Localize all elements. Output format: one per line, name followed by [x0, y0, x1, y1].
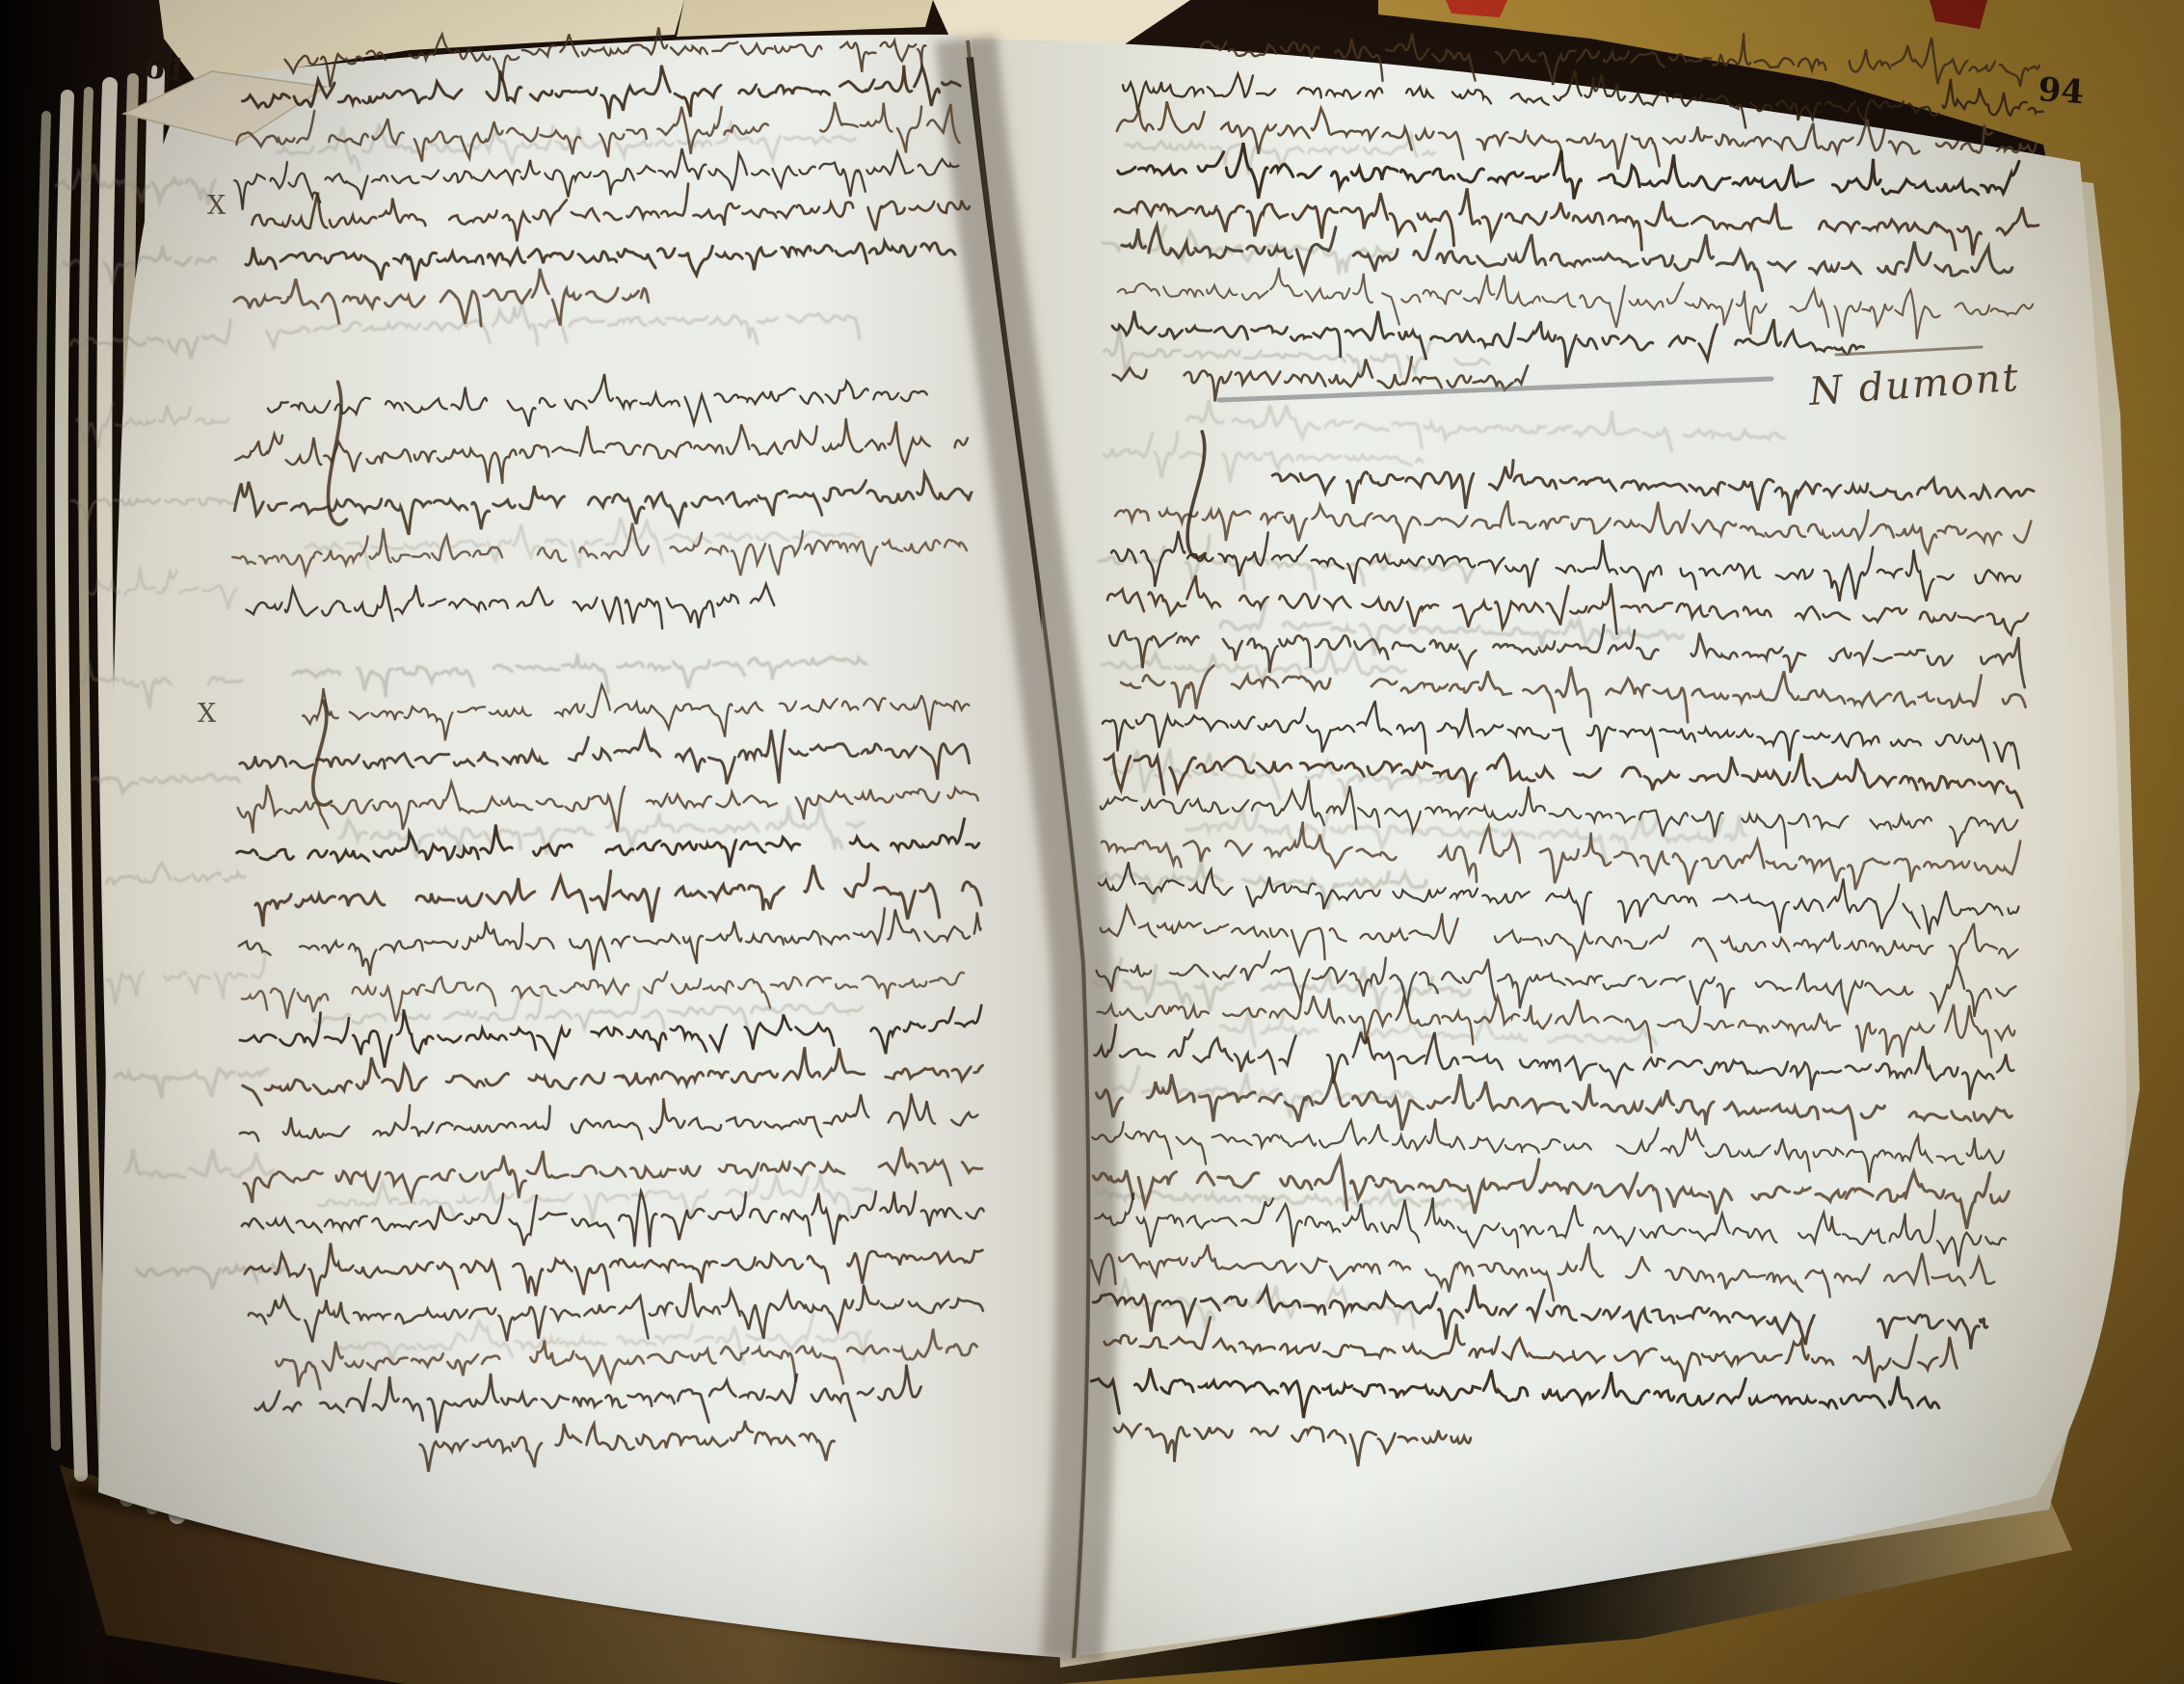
margin-x-mark-1: X [207, 191, 226, 221]
margin-x-mark-2: X [198, 699, 217, 729]
folio-number-left: 61 [142, 48, 188, 89]
left-page [98, 35, 1084, 1658]
manuscript-photo: 61 94 X X N dumont [0, 0, 2184, 1684]
right-page [972, 39, 2126, 1656]
manuscript-scene: 61 94 X X N dumont [0, 0, 2184, 1684]
folio-number-right: 94 [2037, 70, 2085, 112]
